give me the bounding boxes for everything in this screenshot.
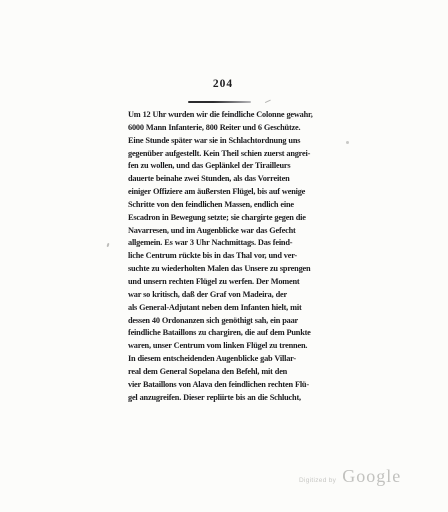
- watermark-prefix: Digitized by: [299, 477, 336, 484]
- ink-speck: [346, 141, 349, 144]
- text-line: real dem General Sopelana den Befehl, mi…: [128, 366, 334, 379]
- text-line: liche Centrum rückte bis in das Thal vor…: [128, 250, 334, 263]
- text-line: dauerte beinahe zwei Stunden, als das Vo…: [128, 173, 334, 186]
- text-line: 6000 Mann Infanterie, 800 Reiter und 6 G…: [128, 122, 334, 135]
- ink-speck: [107, 243, 110, 247]
- text-line: gel anzugreifen. Dieser repliirte bis an…: [128, 392, 334, 405]
- text-line: dessen 40 Ordonanzen sich genöthigt sah,…: [128, 315, 334, 328]
- text-line: war so kritisch, daß der Graf von Madeir…: [128, 289, 334, 302]
- text-line: suchte zu wiederholten Malen das Unsere …: [128, 263, 334, 276]
- ink-speck: [263, 96, 271, 103]
- text-line: einiger Offiziere am äußersten Flügel, b…: [128, 186, 334, 199]
- header-rule: [188, 101, 251, 103]
- text-line: Um 12 Uhr wurden wir die feindliche Colo…: [128, 109, 334, 122]
- text-line: vier Bataillons von Alava den feindliche…: [128, 379, 334, 392]
- text-line: Escadron in Bewegung setzte; sie chargir…: [128, 212, 334, 225]
- google-logo: Google: [342, 466, 401, 487]
- page-number: 204: [128, 78, 318, 90]
- text-line: Navarresen, und im Augenblicke war das G…: [128, 225, 334, 238]
- text-line: allgemein. Es war 3 Uhr Nachmittags. Das…: [128, 237, 334, 250]
- text-line: feindliche Bataillons zu chargiren, die …: [128, 327, 334, 340]
- text-line: Schritte von den feindlichen Massen, end…: [128, 199, 334, 212]
- text-line: und unsern rechten Flügel zu werfen. Der…: [128, 276, 334, 289]
- text-line: waren, unser Centrum vom linken Flügel z…: [128, 340, 334, 353]
- watermark: Digitized by Google: [299, 466, 401, 487]
- body-text: Um 12 Uhr wurden wir die feindliche Colo…: [128, 109, 334, 404]
- text-line: Eine Stunde später war sie in Schlachtor…: [128, 135, 334, 148]
- text-line: gegenüber aufgestellt. Kein Theil schien…: [128, 148, 334, 161]
- text-line: fen zu wollen, und das Geplänkel der Tir…: [128, 160, 334, 173]
- text-line: als General-Adjutant neben dem Infanten …: [128, 302, 334, 315]
- text-line: In diesem entscheidenden Augenblicke gab…: [128, 353, 334, 366]
- scanned-book-page: 204 Um 12 Uhr wurden wir die feindliche …: [0, 0, 448, 512]
